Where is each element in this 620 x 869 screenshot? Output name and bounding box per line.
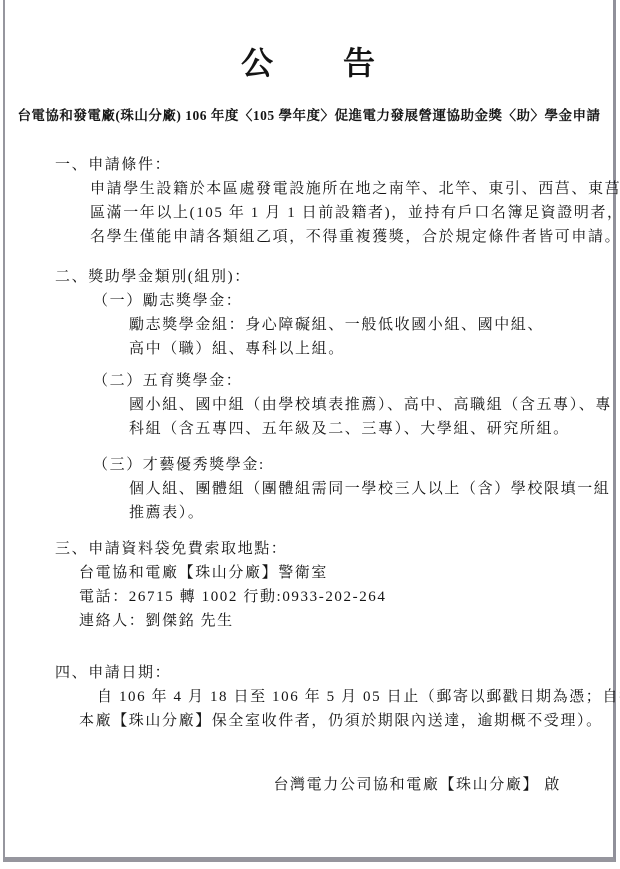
section-2-sub-1-line-1: 勵志獎學金組：身心障礙組、一般低收國小組、國中組、 (5, 313, 613, 337)
section-2-heading: 二、獎助學金類別(組別)： (5, 265, 613, 289)
section-2-sub-1-label: （一）勵志獎學金： (5, 289, 613, 313)
section-4-line-1: 自 106 年 4 月 18 日至 106 年 5 月 05 日止（郵寄以郵戳日… (5, 685, 613, 709)
section-2-sub-1-line-2: 高中（職）組、專科以上組。 (5, 337, 613, 361)
section-2-sub-3-line-2: 推薦表）。 (5, 501, 613, 525)
section-1-heading: 一、申請條件： (5, 153, 613, 177)
section-3-heading: 三、申請資料袋免費索取地點： (5, 537, 613, 561)
section-1-line-2: 區滿一年以上(105 年 1 月 1 日前設籍者)，並持有戶口名簿足資證明者，且… (5, 201, 613, 225)
section-4-line-2: 本廠【珠山分廠】保全室收件者，仍須於期限內送達，逾期概不受理）。 (5, 709, 613, 733)
section-2-sub-2-line-1: 國小組、國中組（由學校填表推薦）、高中、高職組（含五專）、專 (5, 393, 613, 417)
section-2-sub-3-label: （三）才藝優秀獎學金: (5, 453, 613, 477)
section-2-sub-2-label: （二）五育獎學金： (5, 369, 613, 393)
section-2-sub-3-line-1: 個人組、團體組（團體組需同一學校三人以上（含）學校限填一組 (5, 477, 613, 501)
section-1-line-3: 名學生僅能申請各類組乙項，不得重複獲獎，合於規定條件者皆可申請。 (5, 225, 613, 249)
section-3-line-1: 台電協和電廠【珠山分廠】警衛室 (5, 561, 613, 585)
section-3-line-3: 連絡人：劉傑銘 先生 (5, 609, 613, 633)
section-1-line-1: 申請學生設籍於本區處發電設施所在地之南竿、北竿、東引、西莒、東莒地 (5, 177, 613, 201)
announcement-subtitle: 台電協和發電廠(珠山分廠) 106 年度〈105 學年度〉促進電力發展營運協助金… (5, 106, 613, 126)
section-2-sub-2-line-2: 科組（含五專四、五年級及二、三專）、大學組、研究所組。 (5, 417, 613, 441)
document-page: 公 告 台電協和發電廠(珠山分廠) 106 年度〈105 學年度〉促進電力發展營… (3, 0, 616, 862)
signature-line: 台灣電力公司協和電廠【珠山分廠】 啟 (5, 773, 613, 797)
section-3-line-2: 電話：26715 轉 1002 行動:0933-202-264 (5, 585, 613, 609)
section-4-heading: 四、申請日期： (5, 661, 613, 685)
announcement-title: 公 告 (5, 0, 613, 82)
